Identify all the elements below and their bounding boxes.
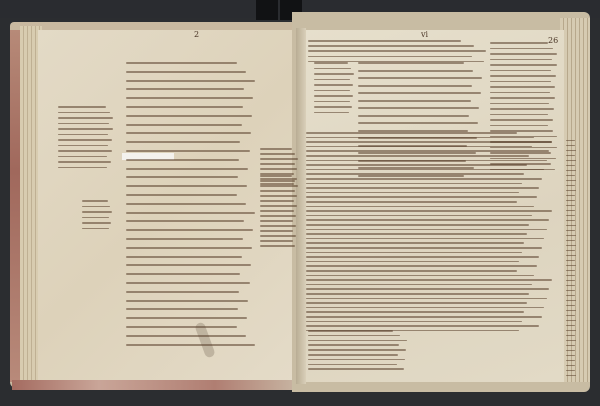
text-line — [126, 203, 246, 205]
text-line — [126, 150, 250, 152]
text-line — [306, 256, 539, 258]
text-line — [126, 238, 243, 240]
text-line — [260, 245, 295, 247]
text-line — [260, 168, 297, 170]
text-line — [260, 225, 296, 227]
text-line — [306, 298, 547, 300]
text-line — [566, 295, 575, 296]
text-line — [566, 260, 575, 261]
text-line — [490, 125, 548, 127]
text-line — [566, 355, 575, 356]
text-line — [58, 150, 112, 152]
text-line — [260, 205, 297, 207]
text-line — [260, 153, 295, 155]
text-line — [490, 103, 549, 105]
text-line — [306, 164, 527, 166]
text-line — [314, 68, 351, 70]
text-line — [308, 40, 461, 42]
text-line — [566, 375, 576, 376]
text-line — [566, 155, 575, 156]
text-line — [566, 275, 575, 276]
text-line — [306, 252, 522, 254]
text-line — [306, 224, 529, 226]
text-line — [566, 235, 576, 236]
text-line — [82, 211, 112, 213]
text-line — [566, 140, 575, 141]
text-line — [58, 145, 108, 147]
text-line — [566, 285, 575, 286]
text-line — [566, 345, 575, 346]
text-line — [490, 97, 555, 99]
text-line — [490, 42, 548, 44]
right-top-mark: vi — [421, 30, 428, 39]
text-line — [308, 349, 406, 351]
text-line — [306, 321, 522, 323]
text-line — [126, 97, 253, 99]
text-line — [358, 115, 469, 117]
text-line — [306, 270, 517, 272]
text-line — [358, 70, 473, 72]
text-line — [126, 194, 237, 196]
text-line — [126, 124, 242, 126]
text-line — [126, 344, 255, 346]
text-line — [358, 107, 479, 109]
text-line — [490, 48, 553, 50]
text-line — [314, 79, 350, 81]
text-line — [58, 128, 113, 130]
text-line — [490, 119, 553, 121]
text-line — [306, 233, 527, 235]
text-line — [260, 215, 296, 217]
text-line — [306, 293, 529, 295]
text-line — [306, 311, 524, 313]
text-line — [308, 340, 407, 342]
text-line — [314, 112, 349, 114]
text-line — [126, 141, 240, 143]
text-line — [566, 205, 575, 206]
text-line — [308, 368, 404, 370]
text-line — [566, 225, 576, 226]
text-line — [566, 310, 576, 311]
text-line — [82, 200, 108, 202]
text-line — [306, 150, 549, 152]
text-line — [490, 64, 557, 66]
text-line — [58, 112, 110, 114]
text-line — [566, 305, 575, 306]
text-line — [82, 228, 109, 230]
text-line — [82, 206, 110, 208]
text-line — [566, 255, 576, 256]
text-line — [566, 360, 575, 361]
text-line — [566, 315, 575, 316]
text-line — [260, 163, 295, 165]
text-line — [566, 245, 576, 246]
text-line — [126, 71, 246, 73]
text-line — [260, 175, 292, 177]
text-line — [126, 62, 237, 64]
text-line — [490, 59, 552, 61]
text-line — [260, 235, 296, 237]
text-line — [82, 217, 109, 219]
text-line — [566, 210, 575, 211]
text-line — [58, 117, 113, 119]
text-line — [260, 190, 295, 192]
text-line — [314, 73, 354, 75]
text-line — [566, 150, 576, 151]
text-line — [126, 115, 252, 117]
text-line — [306, 141, 552, 143]
text-line — [126, 273, 240, 275]
text-line — [126, 282, 250, 284]
text-line — [566, 215, 575, 216]
text-line — [306, 187, 539, 189]
text-line — [490, 86, 555, 88]
text-line — [126, 326, 237, 328]
text-line — [358, 62, 464, 64]
text-line — [308, 50, 486, 52]
text-line — [308, 45, 474, 47]
text-line — [566, 190, 576, 191]
right-folio-mark: 26 — [548, 36, 558, 45]
text-line — [260, 148, 292, 150]
text-line — [306, 316, 542, 318]
text-line — [126, 212, 255, 214]
text-line — [306, 242, 524, 244]
text-line — [58, 106, 106, 108]
text-line — [306, 160, 547, 162]
left-cover-edge — [10, 30, 20, 382]
text-line — [308, 354, 398, 356]
text-line — [308, 364, 397, 366]
text-line — [566, 340, 576, 341]
text-line — [126, 256, 242, 258]
text-line — [314, 101, 350, 103]
text-line — [358, 100, 471, 102]
text-line — [566, 270, 575, 271]
text-line — [314, 95, 353, 97]
text-line — [566, 300, 576, 301]
text-line — [126, 335, 246, 337]
text-line — [82, 222, 111, 224]
text-line — [566, 165, 575, 166]
text-line — [566, 170, 576, 171]
text-line — [306, 132, 517, 134]
text-line — [566, 365, 575, 366]
text-line — [306, 173, 524, 175]
text-line — [490, 53, 557, 55]
text-line — [126, 247, 252, 249]
text-line — [58, 161, 111, 163]
text-line — [306, 219, 549, 221]
text-line — [566, 240, 575, 241]
text-line — [306, 137, 534, 139]
text-line — [306, 155, 529, 157]
text-line — [490, 92, 550, 94]
text-line — [306, 325, 539, 327]
text-line — [306, 178, 542, 180]
text-line — [314, 62, 348, 64]
text-line — [566, 145, 575, 146]
text-line — [566, 220, 575, 221]
text-line — [306, 196, 537, 198]
text-line — [260, 185, 298, 187]
text-line — [566, 160, 576, 161]
text-line — [566, 185, 575, 186]
text-line — [260, 195, 297, 197]
text-line — [260, 220, 293, 222]
text-line — [358, 85, 472, 87]
text-line — [126, 229, 253, 231]
text-line — [490, 114, 548, 116]
gutter — [296, 28, 306, 384]
text-line — [566, 350, 575, 351]
text-line — [126, 317, 247, 319]
text-line — [566, 370, 575, 371]
text-line — [566, 330, 576, 331]
text-line — [358, 152, 476, 154]
text-line — [490, 70, 551, 72]
text-line — [308, 344, 399, 346]
text-line — [566, 290, 575, 291]
text-line — [308, 330, 393, 332]
text-line — [306, 206, 534, 208]
text-line — [566, 325, 575, 326]
text-line — [314, 84, 353, 86]
text-line — [308, 56, 472, 58]
text-line — [566, 320, 576, 321]
text-line — [126, 168, 248, 170]
text-line — [490, 75, 556, 77]
text-line — [566, 280, 575, 281]
text-line — [306, 279, 552, 281]
text-line — [566, 195, 575, 196]
text-line — [306, 302, 527, 304]
text-line — [358, 77, 482, 79]
text-line — [58, 123, 109, 125]
text-line — [306, 247, 542, 249]
text-line — [490, 158, 556, 160]
text-line — [306, 201, 517, 203]
text-line — [260, 200, 294, 202]
text-line — [58, 167, 107, 169]
text-line — [306, 288, 549, 290]
left-folio-mark: 2 — [194, 30, 199, 39]
text-line — [306, 210, 552, 212]
text-line — [126, 185, 247, 187]
text-line — [566, 250, 575, 251]
text-line — [566, 200, 575, 201]
text-line — [306, 265, 537, 267]
text-line — [306, 275, 534, 277]
text-line — [58, 139, 112, 141]
text-line — [566, 335, 575, 336]
text-line — [126, 106, 243, 108]
text-line — [306, 183, 522, 185]
text-line — [306, 229, 547, 231]
text-line — [260, 210, 294, 212]
text-line — [358, 92, 481, 94]
left-bottom-edge — [12, 380, 302, 390]
binding-strap — [256, 0, 278, 20]
text-line — [58, 134, 108, 136]
text-line — [260, 158, 298, 160]
text-line — [260, 230, 293, 232]
text-line — [358, 122, 478, 124]
text-line — [314, 106, 352, 108]
text-line — [490, 152, 551, 154]
text-line — [490, 108, 554, 110]
text-line — [314, 90, 350, 92]
text-line — [126, 300, 248, 302]
text-line — [58, 156, 107, 158]
text-line — [566, 175, 575, 176]
text-line — [490, 81, 551, 83]
text-line — [566, 180, 576, 181]
text-line — [566, 265, 576, 266]
text-line — [126, 291, 239, 293]
text-line — [126, 159, 239, 161]
text-line — [260, 180, 295, 182]
text-line — [126, 80, 255, 82]
text-line — [260, 240, 293, 242]
text-line — [566, 230, 575, 231]
